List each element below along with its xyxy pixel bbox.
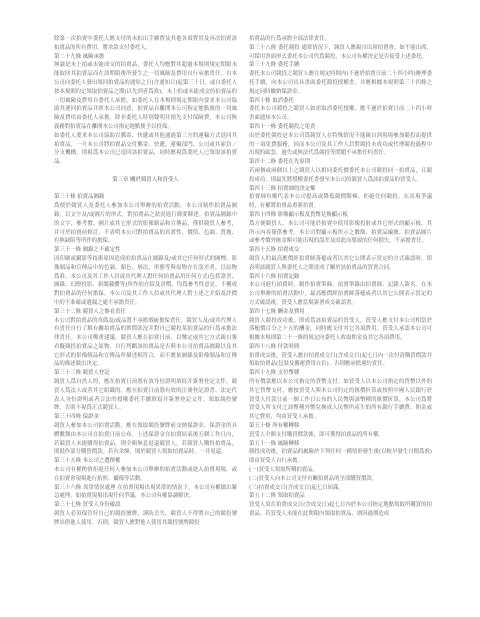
paragraph: 委托本公司競投之競買人如需取消委托授權，應不遲於拍賣日前二十四小時書面通知本公司… <box>249 105 432 123</box>
left-column: 除第一次拍賣中委托人應支付的未拍出手續費及其他各項費用及再次拍賣該拍賣品的所有費… <box>54 35 237 528</box>
article-heading: 第四十條 取消委托 <box>249 97 432 106</box>
paragraph: 如委托人要求本公司協助以郵寄、快遞或其他通過第三方的運輸方式退回其拍賣品，一旦本… <box>54 132 237 167</box>
paragraph: 競買人必須保管好自己的競投號牌，謹防丟失。競買人不得將自己的競投號牌出借他人使用… <box>54 510 237 528</box>
article-heading: 第五十二條 領取拍賣品 <box>249 492 432 501</box>
paragraph: 拍賣品的行爲承擔全部法律責任。 <box>249 35 432 44</box>
article-heading: 第四十九條 支付幣種 <box>249 369 432 378</box>
paragraph: 競買人競投成功後，即成爲該拍賣品的買受人，買受人應支付本公司相當於落槌價百分之十… <box>249 317 432 343</box>
article-heading: 第三十二條 競買人之審看責任 <box>54 308 237 317</box>
paragraph: 因印刷或攝影等技術原因造成的拍賣品在圖錄及/或其它任何形式的圖標、影像制品和宣傳… <box>54 255 237 308</box>
paragraph: 無論是未上拍或未能成交的拍賣品，委托人均應對其超過本規則規定期限未能取回其拍賣品… <box>54 61 237 131</box>
paragraph: 由於委托競投是本公司爲競買人在特殊情況不能親自到現場參加競投而提供的一項免費服務… <box>249 132 432 158</box>
article-heading: 第三十條 拍賣品圖錄 <box>54 193 237 202</box>
article-heading: 第四十三條 拍賣師的決定權 <box>249 185 432 194</box>
paragraph: 競投成功後，拍賣品的風險於下列任何一種情形發生後(以較早發生日期爲准)即由買受人… <box>249 448 432 466</box>
paragraph: 本公司有權酌情拒絕任何人參加本公司舉辦的拍賣活動或進入拍賣現場，或在拍賣會現場進… <box>54 466 237 484</box>
article-heading: 第三十三條 競買人登記 <box>54 369 237 378</box>
article-heading: 第三十五條 本公司之選擇權 <box>54 457 237 466</box>
paragraph: 第三十六條 異常情況處理 在拍賣現場出現異常的情況下，本公司有權做出緊急處理。如… <box>54 484 237 502</box>
paragraph: 拍賣成交後，買受人應自拍賣成交日(含成交日)起七日內一次付清購買價款并領取拍賣品… <box>249 352 432 370</box>
paragraph: 拍賣師有權代表本公司提高或降低競價階梯、拒絕任何競投。在出現爭議時，有權將拍賣品… <box>249 193 432 211</box>
article-heading: 第四十六條 拍賣記錄 <box>249 273 432 282</box>
article-heading: 第三十一條 圖錄之不確定性 <box>54 246 237 255</box>
paragraph: 本公司進行拍賣時，制作拍賣筆錄。拍賣筆錄由拍賣師、記錄人簽名。在本公司舉辦的拍賣… <box>249 281 432 307</box>
paragraph: 爲便於競買人及委托人參加本公司舉辦的拍賣活動，本公司制作拍賣品圖錄，以文字及/或… <box>54 202 237 246</box>
document-page: 除第一次拍賣中委托人應支付的未拍出手續費及其他各項費用及再次拍賣該拍賣品的所有費… <box>54 35 432 528</box>
paragraph: 競買人參加本公司拍賣活動，應在領取競投號牌前交納保證金。保證金的具體數額由本公司… <box>54 422 237 457</box>
paragraph: 競買人爲自然人的，應在拍賣日前憑有效身份證明填寫并簽署登記文件。競買人爲法人或者… <box>54 378 237 413</box>
paragraph: 競買人的最高應價經拍賣師落槌或者以其它公開表示買定的方式確認時，即表明該競買人與… <box>249 255 432 273</box>
article-heading: 第四十一條 委托競投之免責 <box>249 123 432 132</box>
article-heading: 第五十條 所有權轉移 <box>249 422 432 431</box>
article-heading: 第四十五條 拍賣成交 <box>249 246 432 255</box>
article-heading: 第三十四條 保證金 <box>54 413 237 422</box>
paragraph: 除第一次拍賣中委托人應支付的未拍出手續費及其他各項費用及再次拍賣該拍賣品的所有費… <box>54 35 237 53</box>
chapter-heading: 第三章 關於競買人和買受人 <box>54 176 237 185</box>
paragraph: 所有價款應以本公司指定的貨幣支付。如買受人以本公司指定的貨幣以外的其它貨幣支付，… <box>249 378 432 422</box>
paragraph: 委托本公司競投之競買人應在規定時間內(不遲於拍賣日前二十四小時)辦理委托手續，向… <box>249 70 432 96</box>
right-column: 拍賣品的行爲承擔全部法律責任。第三十八條 委托競投 通常情況下，競買人應親自出席… <box>249 35 432 528</box>
paragraph: 買受人須在拍賣成交日(含成交日)起七日內於本公司指定地點領取所購買的拍賣品。若買… <box>249 501 432 519</box>
article-heading: 第四十七條 酬金及費用 <box>249 308 432 317</box>
paragraph: 若兩個或兩個以上之競買人以相同委托價委托本公司競投同一拍賣品，且競投成功，則最先… <box>249 167 432 185</box>
article-heading: 第五十一條 風險轉移 <box>249 440 432 449</box>
paragraph: (三)拍賣成交日(含成交日)起七日屆滿。 <box>249 484 432 493</box>
article-heading: 第三十九條 委托手續 <box>249 61 432 70</box>
article-heading: 第三十七條 買受人身份確認 <box>54 501 237 510</box>
article-heading: 第四十八條 付款時間 <box>249 343 432 352</box>
article-heading: 第四十二條 委托在先原則 <box>249 158 432 167</box>
paragraph: 第三十八條 委托競投 通常情況下，競買人應親自出席拍賣會。如不能出席，可採用書面… <box>249 44 432 62</box>
paragraph: (二)買受人向本公司支付有關拍賣品的全部購買價款。 <box>249 475 432 484</box>
paragraph: 本公司對拍賣品的真僞及/或品質不承擔瑕疵擔保責任。競買人及/或其代理人有責任自行… <box>54 317 237 370</box>
paragraph: 爲方便競買人，本公司可能於拍賣中使用影像投射或其它形式的顯示板。其所示內容僅供參… <box>249 220 432 246</box>
paragraph: (一)買受人領取所購拍賣品。 <box>249 466 432 475</box>
article-heading: 第四十四條 影像顯示板及貨幣兌換顯示板 <box>249 211 432 220</box>
article-heading: 第二十九條 風險承擔 <box>54 53 237 62</box>
paragraph: 買受人全額支付購買價款後，即可獲得拍賣品的所有權。 <box>249 431 432 440</box>
